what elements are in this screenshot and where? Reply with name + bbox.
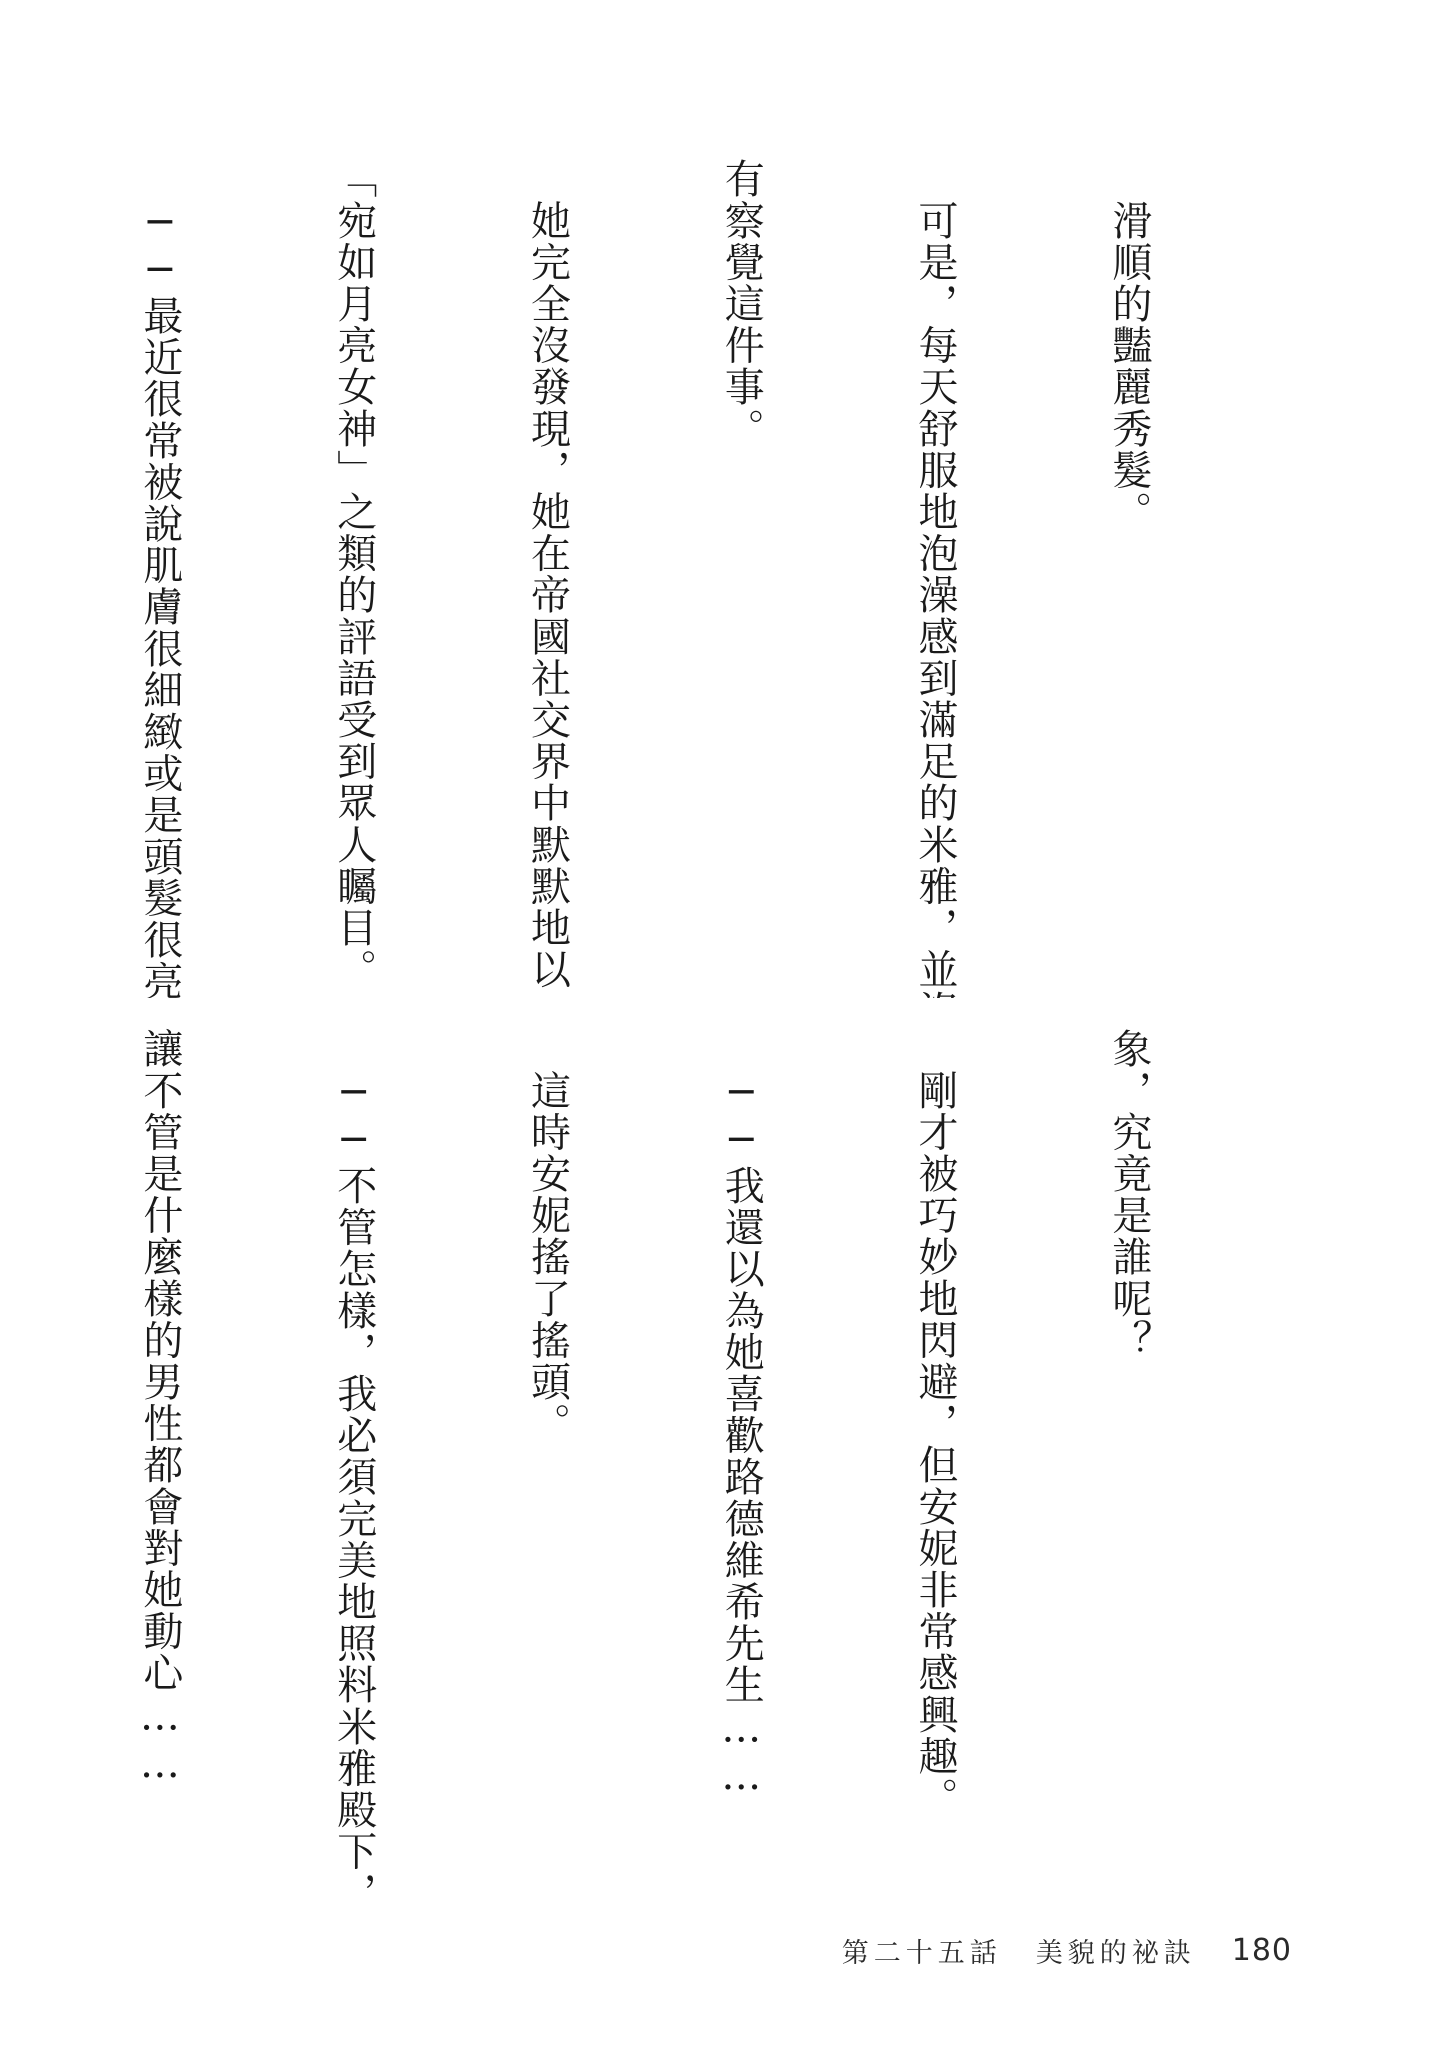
running-footer: 第二十五話 美貌的祕訣 180 (842, 1928, 1292, 1972)
text-column: 讓不管是什麼樣的男性都會對她動心…… (127, 1028, 192, 1908)
text-column: 這時安妮搖了搖頭。 (515, 1028, 580, 1908)
text-block-bottom: 象，究竟是誰呢？ 剛才被巧妙地閃避，但安妮非常感興趣。 ──我還以為她喜歡路德維… (125, 1028, 1290, 1908)
chapter-title: 美貌的祕訣 (1036, 1931, 1196, 1970)
text-column: 她完全沒發現，她在帝國社交界中默默地以 (515, 158, 580, 998)
text-column: 可是，每天舒服地泡澡感到滿足的米雅，並沒 (902, 158, 967, 998)
text-column: ──我還以為她喜歡路德維希先生…… (709, 1028, 774, 1908)
text-column: 有察覺這件事。 (709, 158, 774, 998)
text-column: ──最近很常被說肌膚很細緻或是頭髮很亮麗 (127, 158, 192, 998)
chapter-label: 第二十五話 (842, 1931, 1002, 1970)
book-page: 滑順的豔麗秀髮。 可是，每天舒服地泡澡感到滿足的米雅，並沒 有察覺這件事。 她完… (0, 0, 1440, 2048)
page-number: 180 (1232, 1933, 1292, 1968)
text-column: 「宛如月亮女神」之類的評語受到眾人矚目。 (321, 158, 386, 998)
text-column: 剛才被巧妙地閃避，但安妮非常感興趣。 (902, 1028, 967, 1908)
text-block-top: 滑順的豔麗秀髮。 可是，每天舒服地泡澡感到滿足的米雅，並沒 有察覺這件事。 她完… (125, 158, 1290, 998)
text-column: 滑順的豔麗秀髮。 (1096, 158, 1161, 998)
text-column: 象，究竟是誰呢？ (1096, 1028, 1161, 1908)
text-column: ──不管怎樣，我必須完美地照料米雅殿下， (321, 1028, 386, 1908)
